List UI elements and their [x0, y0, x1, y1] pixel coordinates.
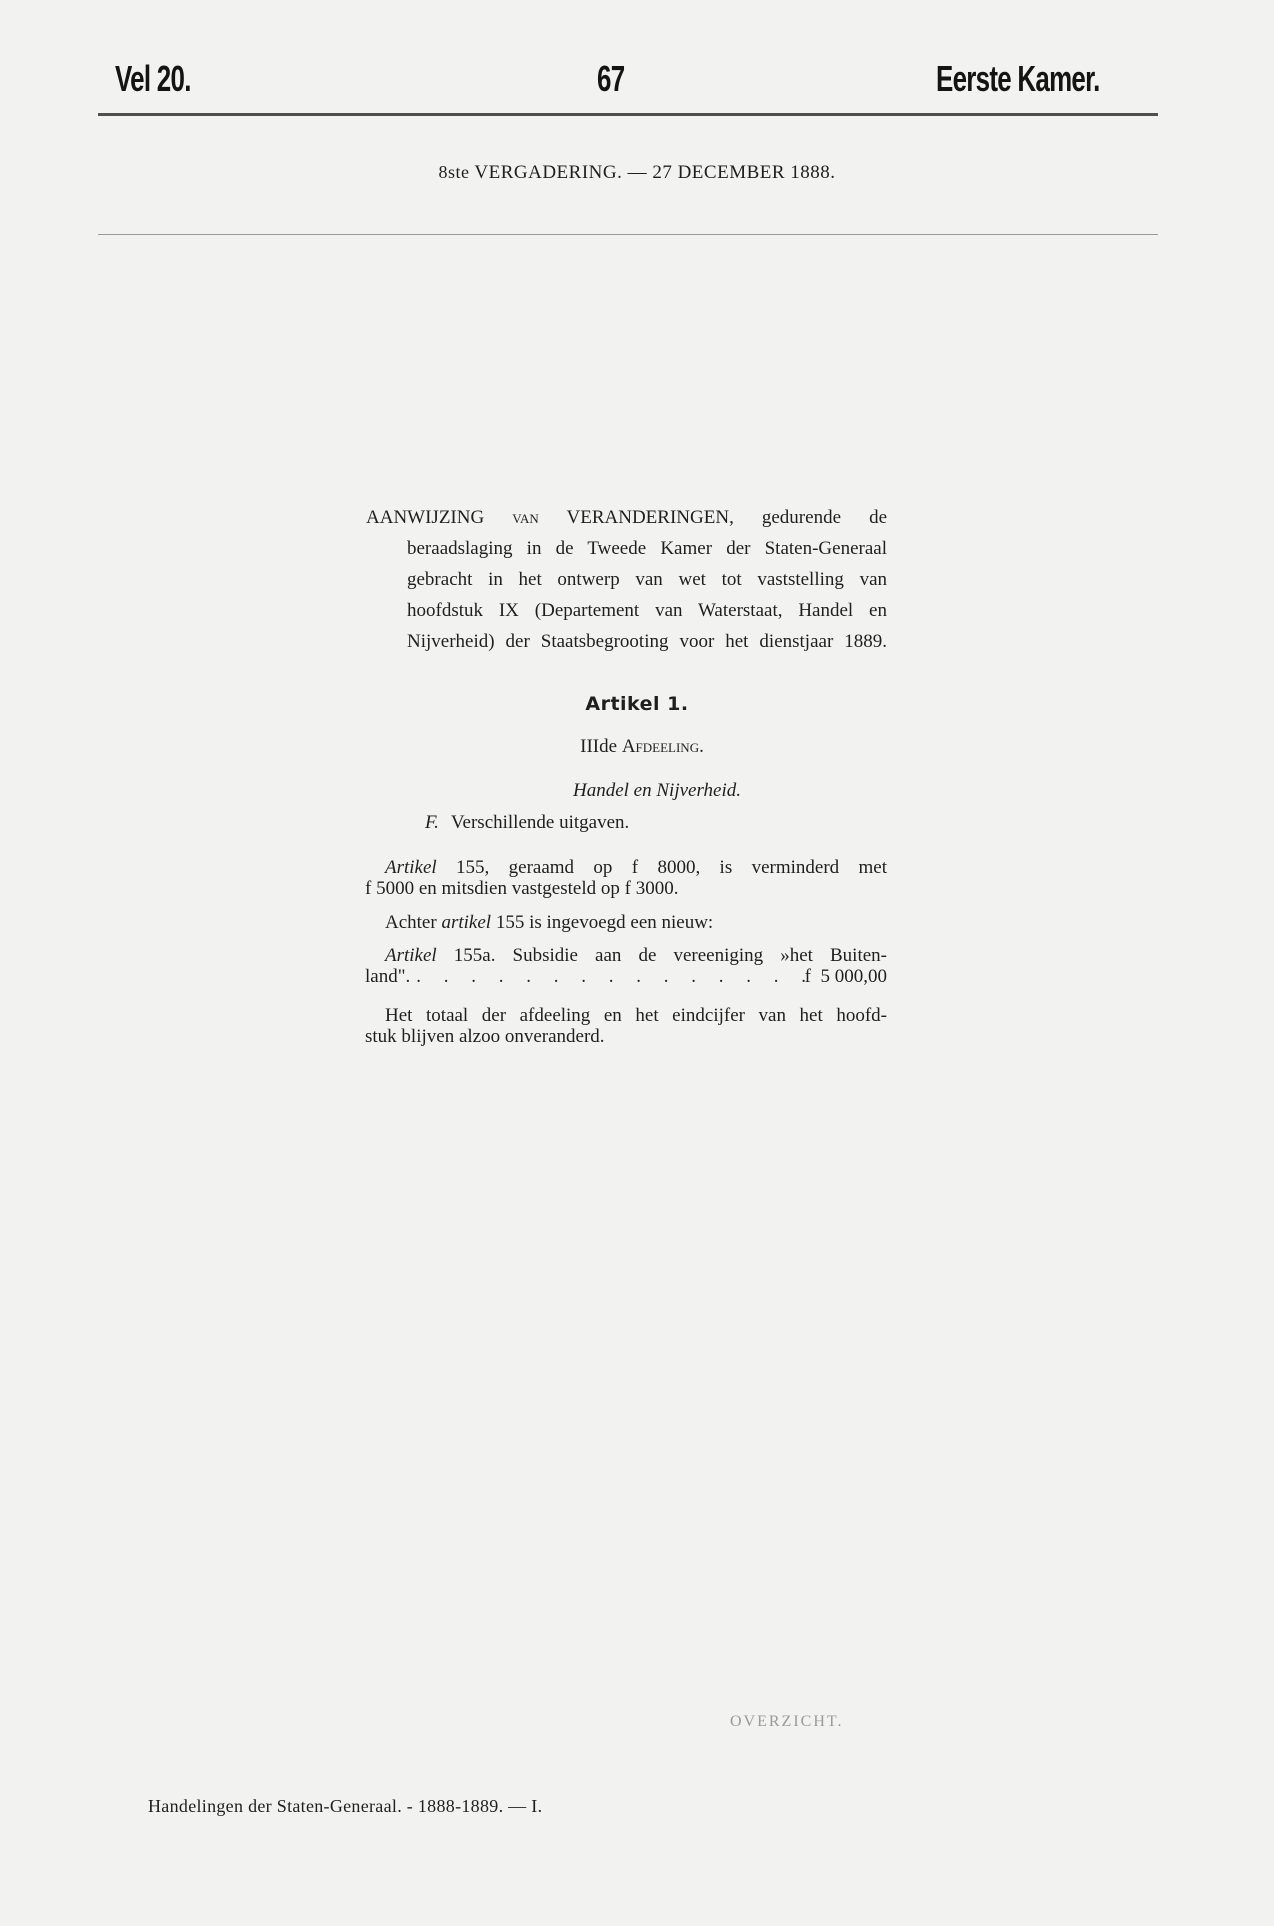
meeting-ordinal: 8ste — [438, 162, 469, 182]
meeting-rule — [98, 234, 1158, 235]
paragraph-insertion: Achter artikel 155 is ingevoegd een nieu… — [365, 912, 887, 933]
title-caps-1: AANWIJZING — [366, 507, 484, 528]
paragraph-text: 155a. Subsidie aan de vereeniging »het B… — [437, 945, 887, 966]
overzicht-label: OVERZICHT. — [730, 1713, 843, 1731]
title-smallcaps: van — [512, 507, 539, 528]
italic-term: Artikel — [385, 857, 437, 878]
paragraph-article-155a: Artikel 155a. Subsidie aan de vereenigin… — [365, 945, 887, 987]
paragraph-line: Artikel 155, geraamd op f 8000, is vermi… — [365, 857, 887, 878]
header-rule — [98, 113, 1158, 116]
subsection-letter: F. — [425, 812, 439, 833]
paragraph-text: land". — [365, 966, 410, 987]
section-label: Afdeeling. — [622, 736, 704, 757]
subsection-f: F.Verschillende uitgaven. — [425, 812, 629, 834]
paragraph-text: Achter — [385, 912, 441, 933]
amount-line: land". . . . . . . . . . . . . . . . . .… — [365, 966, 887, 987]
section-number: IIIde — [580, 736, 617, 757]
meeting-line: 8ste VERGADERING. — 27 DECEMBER 1888. — [0, 162, 1274, 184]
paragraph-total: Het totaal der afdeeling en het eindcijf… — [365, 1005, 887, 1047]
title-line-4: hoofdstuk IX (Departement van Waterstaat… — [367, 595, 887, 626]
dot-leader: . . . . . . . . . . . . . . . . . — [410, 966, 804, 987]
title-caps-2: VERANDERINGEN — [567, 507, 730, 528]
title-line-3: gebracht in het ontwerp van wet tot vast… — [367, 564, 887, 595]
subsection-title: Handel en Nijverheid. — [0, 780, 1274, 802]
title-line-1-rest: , gedurende de — [729, 507, 887, 528]
title-line-5: Nijverheid) der Staatsbegrooting voor he… — [367, 626, 887, 657]
meeting-title: VERGADERING. — 27 DECEMBER 1888. — [474, 162, 835, 183]
chamber-name: Eerste Kamer. — [936, 58, 1100, 100]
paragraph-line: f 5000 en mitsdien vastgesteld op f 3000… — [365, 878, 887, 899]
paragraph-text: 155, geraamd op f 8000, is verminderd me… — [437, 857, 887, 878]
page-number: 67 — [597, 58, 624, 100]
italic-term: Artikel — [385, 945, 437, 966]
section-heading: IIIde Afdeeling. — [0, 736, 1274, 758]
document-title: AANWIJZING van VERANDERINGEN, gedurende … — [367, 502, 887, 657]
paragraph-line: Achter artikel 155 is ingevoegd een nieu… — [365, 912, 887, 933]
footer-citation: Handelingen der Staten-Generaal. - 1888-… — [148, 1796, 542, 1817]
italic-term: artikel — [441, 912, 491, 933]
sheet-number: Vel 20. — [115, 58, 191, 100]
paragraph-line: Artikel 155a. Subsidie aan de vereenigin… — [365, 945, 887, 966]
paragraph-line: Het totaal der afdeeling en het eindcijf… — [365, 1005, 887, 1026]
amount-value: f 5 000,00 — [805, 966, 887, 987]
paragraph-line: stuk blijven alzoo onveranderd. — [365, 1026, 887, 1047]
article-heading: Artikel 1. — [0, 693, 1274, 715]
paragraph-text: 155 is ingevoegd een nieuw: — [491, 912, 713, 933]
title-line-2: beraadslaging in de Tweede Kamer der Sta… — [367, 533, 887, 564]
paragraph-article-155: Artikel 155, geraamd op f 8000, is vermi… — [365, 857, 887, 899]
subsection-label: Verschillende uitgaven. — [451, 812, 629, 833]
title-line-1: AANWIJZING van VERANDERINGEN, gedurende … — [366, 502, 887, 533]
